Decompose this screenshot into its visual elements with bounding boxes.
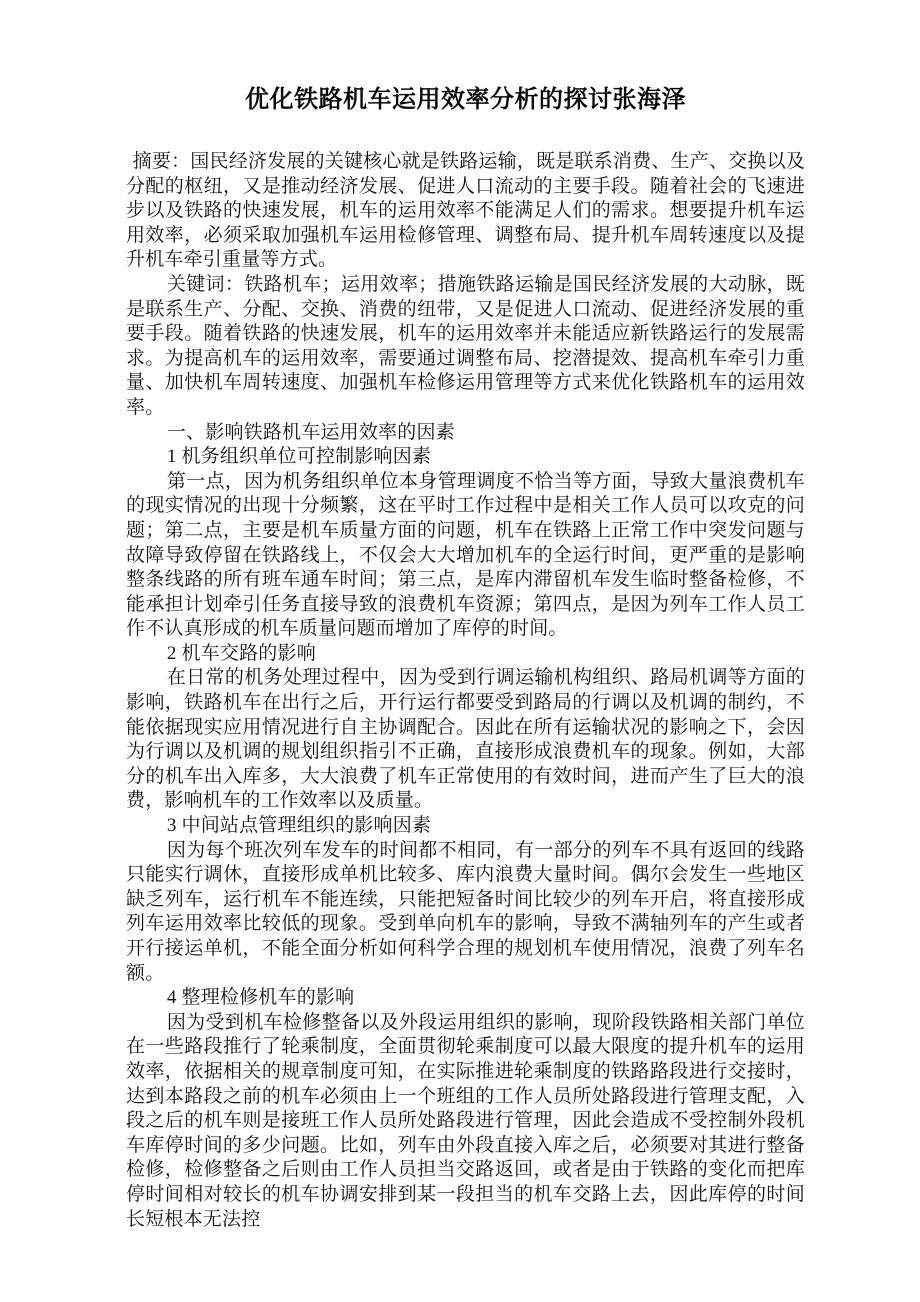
subsection-heading-3: 3 中间站点管理组织的影响因素 xyxy=(126,814,805,839)
body-paragraph-2: 在日常的机务处理过程中，因为受到行调运输机构组织、路局机调等方面的影响，铁路机车… xyxy=(126,666,805,814)
keywords-paragraph: 关键词：铁路机车；运用效率；措施铁路运输是国民经济发展的大动脉，既是联系生产、分… xyxy=(126,273,805,421)
subsection-heading-2: 2 机车交路的影响 xyxy=(126,642,805,667)
body-paragraph-4: 因为受到机车检修整备以及外段运用组织的影响，现阶段铁路相关部门单位在一些路段推行… xyxy=(126,1011,805,1232)
document-body: 摘要：国民经济发展的关键核心就是铁路运输，既是联系消费、生产、交换以及分配的枢纽… xyxy=(126,150,805,1232)
subsection-heading-1: 1 机务组织单位可控制影响因素 xyxy=(126,445,805,470)
body-paragraph-3: 因为每个班次列车发车的时间都不相同，有一部分的列车不具有返回的线路只能实行调休，… xyxy=(126,839,805,987)
document-page: 优化铁路机车运用效率分析的探讨张海泽 摘要：国民经济发展的关键核心就是铁路运输，… xyxy=(0,0,920,1302)
subsection-heading-4: 4 整理检修机车的影响 xyxy=(126,986,805,1011)
body-paragraph-1: 第一点，因为机务组织单位本身管理调度不恰当等方面，导致大量浪费机车的现实情况的出… xyxy=(126,470,805,642)
document-title: 优化铁路机车运用效率分析的探讨张海泽 xyxy=(126,84,805,116)
section-heading-factors: 一、影响铁路机车运用效率的因素 xyxy=(126,421,805,446)
abstract-paragraph: 摘要：国民经济发展的关键核心就是铁路运输，既是联系消费、生产、交换以及分配的枢纽… xyxy=(126,150,805,273)
